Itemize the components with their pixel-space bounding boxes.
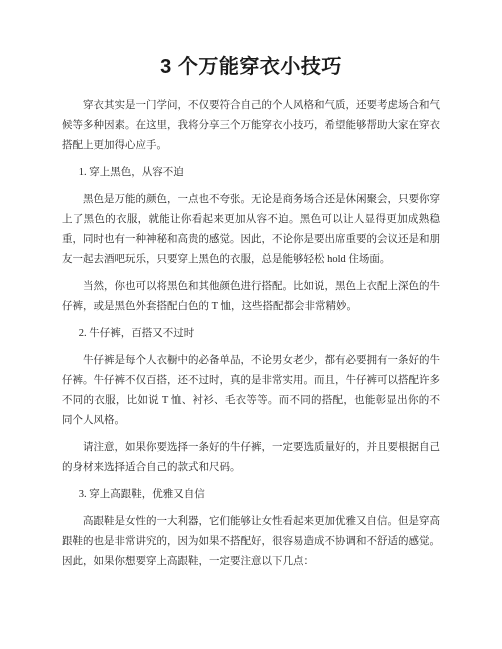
section-2-paragraph-2: 请注意，如果你要选择一条好的牛仔裤，一定要选质量好的，并且要根据自己的身材来选择…: [62, 438, 440, 478]
section-1-paragraph-1: 黑色是万能的颜色，一点也不夸张。无论是商务场合还是休闲聚会，只要你穿上了黑色的衣…: [62, 190, 440, 270]
section-2-heading: 2. 牛仔裤，百搭又不过时: [62, 324, 440, 344]
intro-paragraph: 穿衣其实是一门学问，不仅要符合自己的个人风格和气质，还要考虑场合和气候等多种因素…: [62, 96, 440, 156]
section-3-heading: 3. 穿上高跟鞋，优雅又自信: [62, 485, 440, 505]
section-2-paragraph-1: 牛仔裤是每个人衣橱中的必备单品，不论男女老少，都有必要拥有一条好的牛仔裤。牛仔裤…: [62, 351, 440, 431]
document-title: 3 个万能穿衣小技巧: [62, 54, 440, 80]
section-1-paragraph-2: 当然，你也可以将黑色和其他颜色进行搭配。比如说，黑色上衣配上深色的牛仔裤，或是黑…: [62, 277, 440, 317]
section-3-paragraph-1: 高跟鞋是女性的一大利器，它们能够让女性看起来更加优雅又自信。但是穿高跟鞋的也是非…: [62, 512, 440, 572]
section-1-heading: 1. 穿上黑色，从容不迫: [62, 163, 440, 183]
document-page: 3 个万能穿衣小技巧 穿衣其实是一门学问，不仅要符合自己的个人风格和气质，还要考…: [0, 0, 502, 649]
